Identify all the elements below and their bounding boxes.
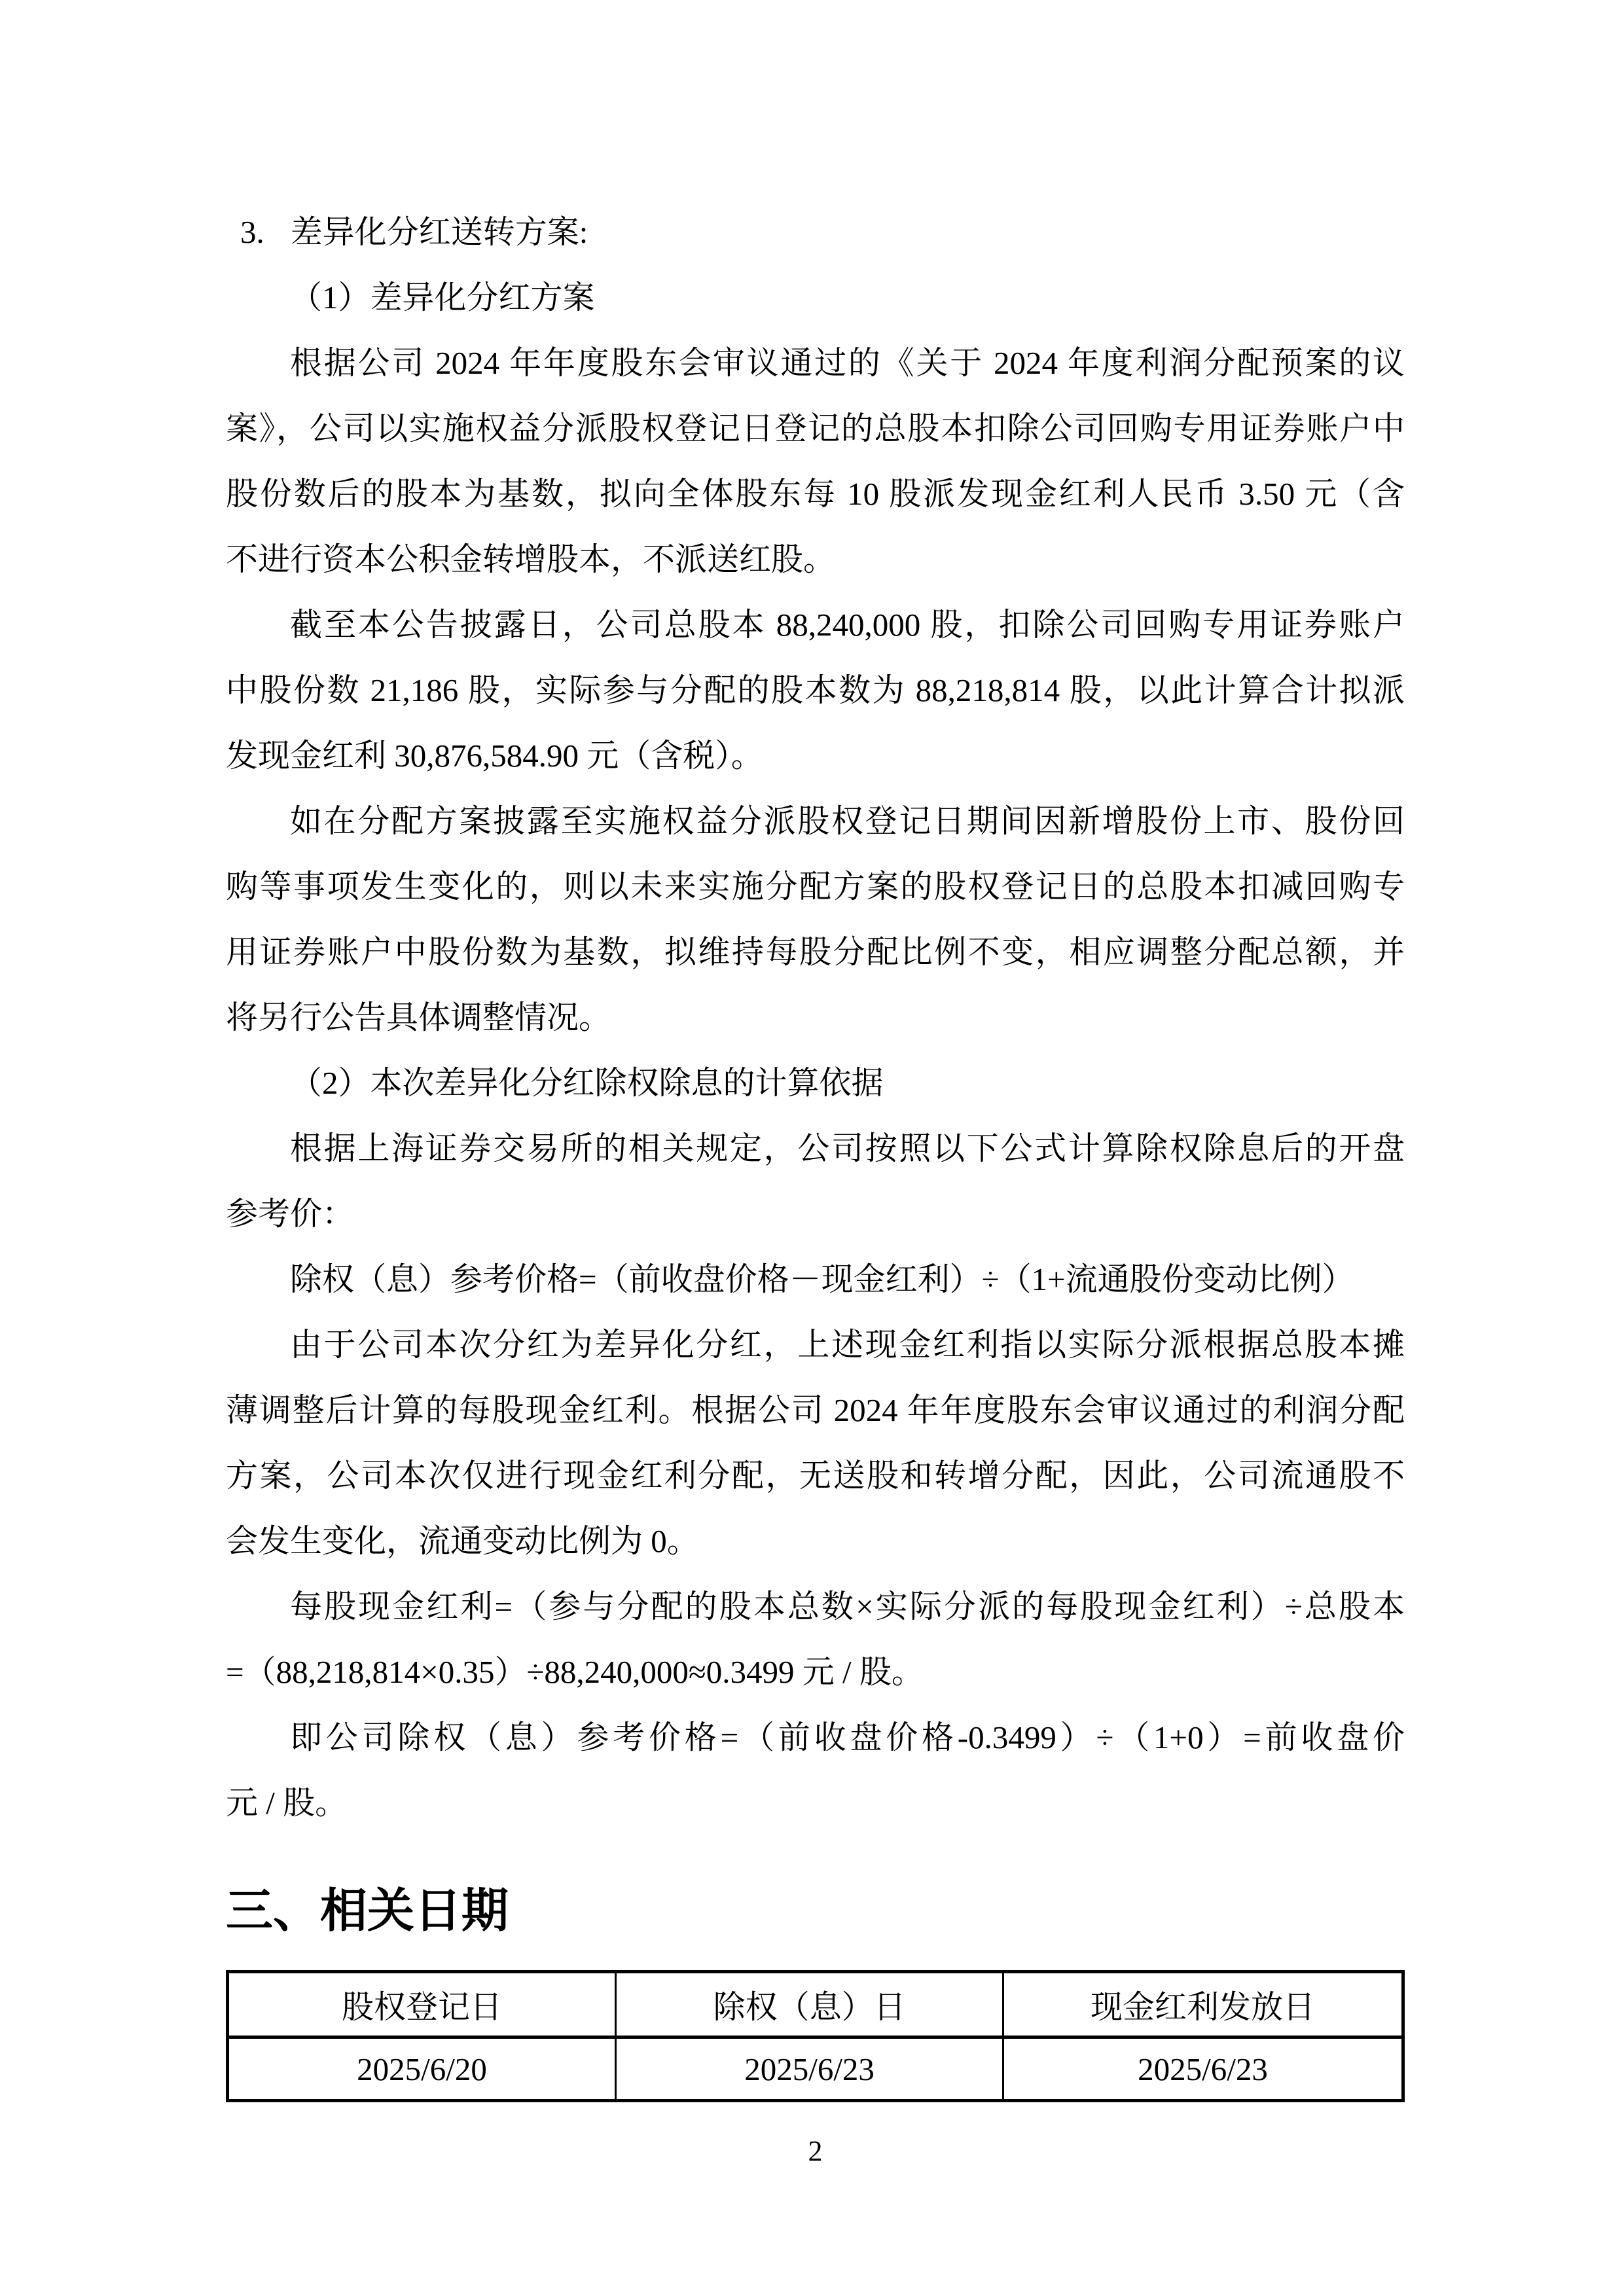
subitem-1-heading: （1）差异化分红方案 bbox=[226, 265, 1405, 331]
table-row: 2025/6/20 2025/6/23 2025/6/23 bbox=[228, 2037, 1403, 2101]
table-header-payment-date: 现金红利发放日 bbox=[1003, 1972, 1403, 2037]
table-header-row: 股权登记日 除权（息）日 现金红利发放日 bbox=[228, 1972, 1403, 2037]
formula-line: 每股现金红利=（参与分配的股本总数×实际分派的每股现金红利）÷总股本 bbox=[226, 1574, 1405, 1640]
table-cell-ex-dividend-date: 2025/6/23 bbox=[616, 2037, 1003, 2101]
formula-line: 除权（息）参考价格=（前收盘价格－现金红利）÷（1+流通股份变动比例） bbox=[226, 1247, 1405, 1312]
text-line: 购等事项发生变化的，则以未来实施分配方案的股权登记日的总股本扣减回购专 bbox=[226, 854, 1405, 920]
list-item-3: 3.差异化分红送转方案: bbox=[226, 200, 1405, 265]
related-dates-table: 股权登记日 除权（息）日 现金红利发放日 2025/6/20 2025/6/23… bbox=[226, 1970, 1405, 2102]
text-line: 如在分配方案披露至实施权益分派股权登记日期间因新增股份上市、股份回 bbox=[226, 789, 1405, 854]
table-header-record-date: 股权登记日 bbox=[228, 1972, 616, 2037]
formula-line: 元 / 股。 bbox=[226, 1770, 1405, 1836]
text-line: 发现金红利 30,876,584.90 元（含税）。 bbox=[226, 723, 1405, 789]
text-line: 会发生变化，流通变动比例为 0。 bbox=[226, 1509, 1405, 1574]
subitem-2-heading: （2）本次差异化分红除权除息的计算依据 bbox=[226, 1050, 1405, 1116]
table-cell-record-date: 2025/6/20 bbox=[228, 2037, 616, 2101]
text-line: 案》，公司以实施权益分派股权登记日登记的总股本扣除公司回购专用证券账户中 bbox=[226, 396, 1405, 461]
text-line: 用证券账户中股份数为基数，拟维持每股分配比例不变，相应调整分配总额，并 bbox=[226, 920, 1405, 985]
text-line: 由于公司本次分红为差异化分红，上述现金红利指以实际分派根据总股本摊 bbox=[226, 1312, 1405, 1378]
text-line: 薄调整后计算的每股现金红利。根据公司 2024 年年度股东会审议通过的利润分配 bbox=[226, 1378, 1405, 1443]
text-line: 将另行公告具体调整情况。 bbox=[226, 985, 1405, 1050]
text-line: 方案，公司本次仅进行现金红利分配，无送股和转增分配，因此，公司流通股不 bbox=[226, 1443, 1405, 1509]
formula-line: 即公司除权（息）参考价格=（前收盘价格-0.3499）÷（1+0）=前收盘价格-… bbox=[226, 1705, 1405, 1770]
text-line: 股份数后的股本为基数，拟向全体股东每 10 股派发现金红利人民币 3.50 元（… bbox=[226, 461, 1405, 527]
text-line: 不进行资本公积金转增股本，不派送红股。 bbox=[226, 527, 1405, 592]
table-header-ex-dividend-date: 除权（息）日 bbox=[616, 1972, 1003, 2037]
text-line: 根据上海证券交易所的相关规定，公司按照以下公式计算除权除息后的开盘 bbox=[226, 1116, 1405, 1181]
table-cell-payment-date: 2025/6/23 bbox=[1003, 2037, 1403, 2101]
list-item-3-title: 差异化分红送转方案: bbox=[291, 214, 588, 250]
text-line: 根据公司 2024 年年度股东会审议通过的《关于 2024 年度利润分配预案的议 bbox=[226, 331, 1405, 396]
document-page: 3.差异化分红送转方案: （1）差异化分红方案 根据公司 2024 年年度股东会… bbox=[0, 0, 1624, 2296]
list-item-3-number: 3. bbox=[240, 214, 264, 250]
text-line: 参考价： bbox=[226, 1181, 1405, 1247]
section-heading-related-dates: 三、相关日期 bbox=[226, 1872, 1405, 1950]
page-number: 2 bbox=[226, 2132, 1405, 2171]
text-line: 中股份数 21,186 股，实际参与分配的股本数为 88,218,814 股，以… bbox=[226, 658, 1405, 723]
text-line: 截至本公告披露日，公司总股本 88,240,000 股，扣除公司回购专用证券账户 bbox=[226, 592, 1405, 658]
formula-line: =（88,218,814×0.35）÷88,240,000≈0.3499 元 /… bbox=[226, 1640, 1405, 1705]
